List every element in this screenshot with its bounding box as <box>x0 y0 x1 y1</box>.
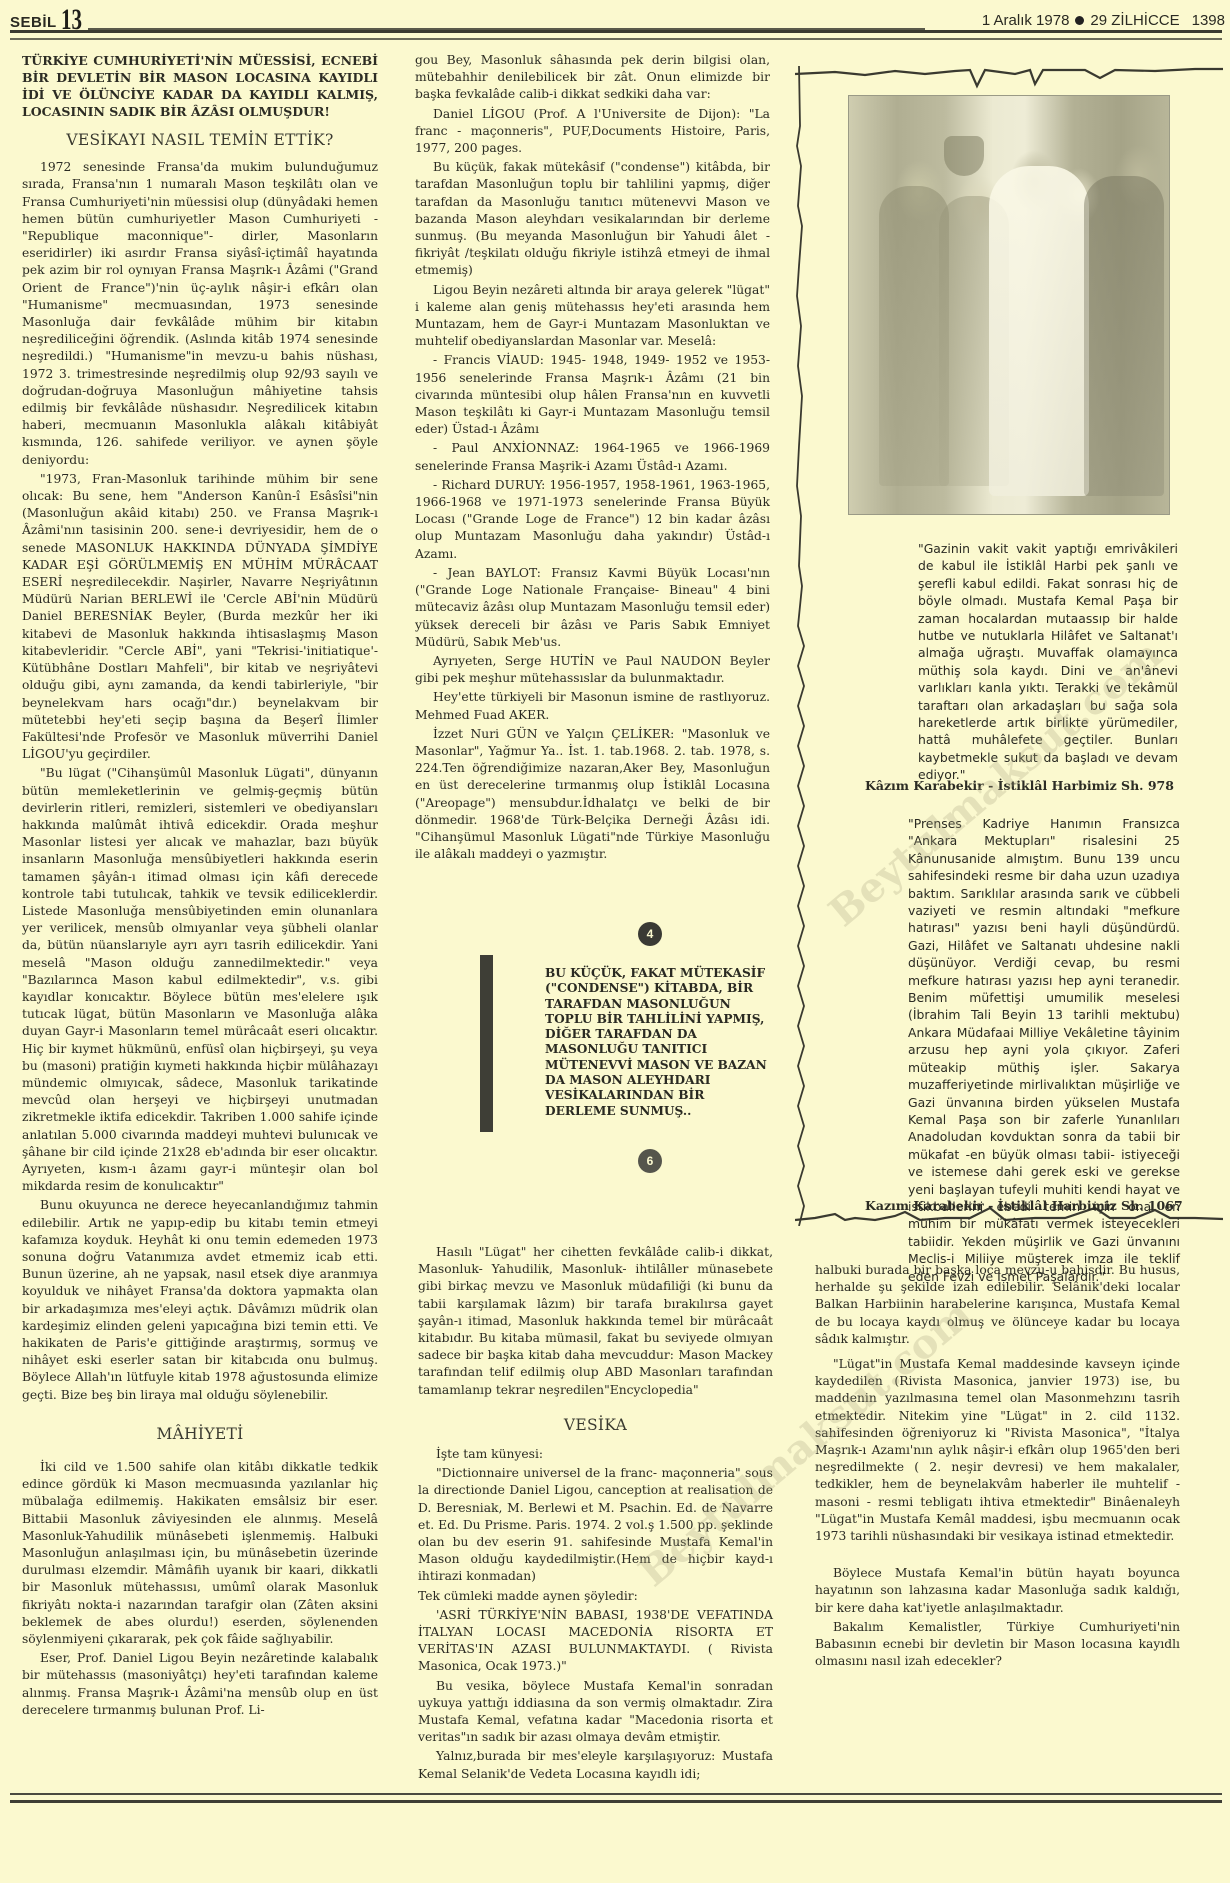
article-paragraph: İşte tam künyesi: <box>418 1446 773 1463</box>
middle-column-upper: gou Bey, Masonluk sâhasında pek derin bi… <box>415 52 770 865</box>
pull-quote-badge-bottom: 6 <box>638 1149 662 1173</box>
subhead-how-obtained: VESİKAYI NASIL TEMİN ETTİK? <box>22 132 378 149</box>
bottom-double-rule <box>10 1793 1222 1803</box>
pull-quote-bar <box>480 955 493 1132</box>
article-paragraph: halbuki burada bir başka loca mevzu-u ba… <box>815 1262 1180 1348</box>
year-hijri: 1398 <box>1192 12 1225 29</box>
photo-figure-right <box>1084 176 1164 496</box>
document-quote: 'ASRİ TÜRKİYE'NİN BABASI, 1938'DE VEFATI… <box>418 1607 773 1676</box>
article-paragraph: Hey'ette türkiyeli bir Masonun ismine de… <box>415 689 770 723</box>
article-paragraph: Yalnız,burada bir mes'eleyle karşılaşıyo… <box>418 1748 773 1782</box>
pull-quote-badge-top: 4 <box>638 922 662 946</box>
quote-source-1: Kâzım Karabekir - İstiklâl Harbimiz Sh. … <box>865 778 1174 793</box>
pull-quote-text: BU KÜÇÜK, FAKAT MÜTEKASİF ("CONDENSE") K… <box>545 966 777 1119</box>
article-paragraph: İzzet Nuri GÜN ve Yalçın ÇELİKER: "Mason… <box>415 726 770 864</box>
group-photo <box>848 95 1170 515</box>
squiggle-border-left <box>795 66 807 1226</box>
karabekir-quote-1: "Gazinin vakit vakit yaptığı emrivâkiler… <box>918 540 1178 784</box>
squiggle-border-top <box>795 66 1223 96</box>
article-paragraph: Eser, Prof. Daniel Ligou Beyin nezâretin… <box>22 1650 378 1719</box>
subhead-vesika: VESİKA <box>418 1417 773 1434</box>
article-paragraph: "Bu lügat ("Cihanşümûl Masonluk Lügati",… <box>22 765 378 1195</box>
article-paragraph: 1972 senesinde Fransa'da mukim bulunduğu… <box>22 159 378 469</box>
article-paragraph: "Dictionnaire universel de la franc- maç… <box>418 1465 773 1585</box>
article-paragraph: Daniel LİGOU (Prof. A l'Universite de Di… <box>415 106 770 158</box>
date-hijri: 29 ZİLHİCCE <box>1090 12 1179 29</box>
photo-figure-back <box>944 136 984 176</box>
quote-source-2: Kazım Karabekir - İstiklâl Harbimiz Sh. … <box>865 1198 1183 1213</box>
article-paragraph: Hasılı "Lügat" her cihetten fevkâlâde ca… <box>418 1244 773 1399</box>
article-paragraph-closing: Bakalım Kemalistler, Türkiye Cumhuriyeti… <box>815 1619 1180 1671</box>
article-paragraph: Bu küçük, fakak mütekâsif ("condense") k… <box>415 159 770 279</box>
article-paragraph: İki cild ve 1.500 sahife olan kitâbı dik… <box>22 1459 378 1648</box>
article-paragraph: "1973, Fran-Masonluk tarihinde mühim bir… <box>22 471 378 763</box>
article-paragraph: Bunu okuyunca ne derece heyecanlandığımı… <box>22 1197 378 1403</box>
member-entry: - Richard DURUY: 1956-1957, 1958-1961, 1… <box>415 477 770 563</box>
middle-column-lower: Hasılı "Lügat" her cihetten fevkâlâde ca… <box>418 1244 773 1785</box>
member-entry: - Jean BAYLOT: Fransız Kavmi Büyük Locas… <box>415 565 770 651</box>
right-column-lower: halbuki burada bir başka loca mevzu-u ba… <box>815 1262 1180 1672</box>
article-paragraph: Ligou Beyin nezâreti altında bir araya g… <box>415 282 770 351</box>
article-paragraph: Ayrıyeten, Serge HUTİN ve Paul NAUDON Be… <box>415 653 770 687</box>
date-gregorian: 1 Aralık 1978 <box>982 12 1070 29</box>
article-paragraph: Böylece Mustafa Kemal'in bütün hayatı bo… <box>815 1565 1180 1617</box>
article-paragraph: Tek cümleki madde aynen şöyledir: <box>418 1588 773 1605</box>
masthead-double-rule <box>10 30 1222 40</box>
bullet-icon <box>1075 16 1084 25</box>
newspaper-page: SEBİL 13 1 Aralık 1978 29 ZİLHİCCE 1398 … <box>0 0 1230 1883</box>
subhead-mahiyeti: MÂHİYETİ <box>22 1426 378 1443</box>
article-paragraph: gou Bey, Masonluk sâhasında pek derin bi… <box>415 52 770 104</box>
masthead-date: 1 Aralık 1978 29 ZİLHİCCE 1398 <box>982 12 1225 29</box>
article-paragraph: Bu vesika, böylece Mustafa Kemal'in sonr… <box>418 1678 773 1747</box>
member-entry: - Paul ANXİONNAZ: 1964-1965 ve 1966-1969… <box>415 440 770 474</box>
masthead: SEBİL 13 1 Aralık 1978 29 ZİLHİCCE 1398 <box>10 6 1225 46</box>
member-entry: - Francis VİAUD: 1945- 1948, 1949- 1952 … <box>415 352 770 438</box>
karabekir-quote-2: "Prenses Kadriye Hanımın Fransızca "Anka… <box>908 815 1180 1285</box>
article-kicker: TÜRKİYE CUMHURİYETİ'NİN MÜESSİSİ, ECNEBİ… <box>22 52 378 120</box>
left-column: TÜRKİYE CUMHURİYETİ'NİN MÜESSİSİ, ECNEBİ… <box>22 52 378 1721</box>
photo-figure-center-white <box>989 166 1089 496</box>
article-paragraph: "Lügat"in Mustafa Kemal maddesinde kavse… <box>815 1356 1180 1545</box>
